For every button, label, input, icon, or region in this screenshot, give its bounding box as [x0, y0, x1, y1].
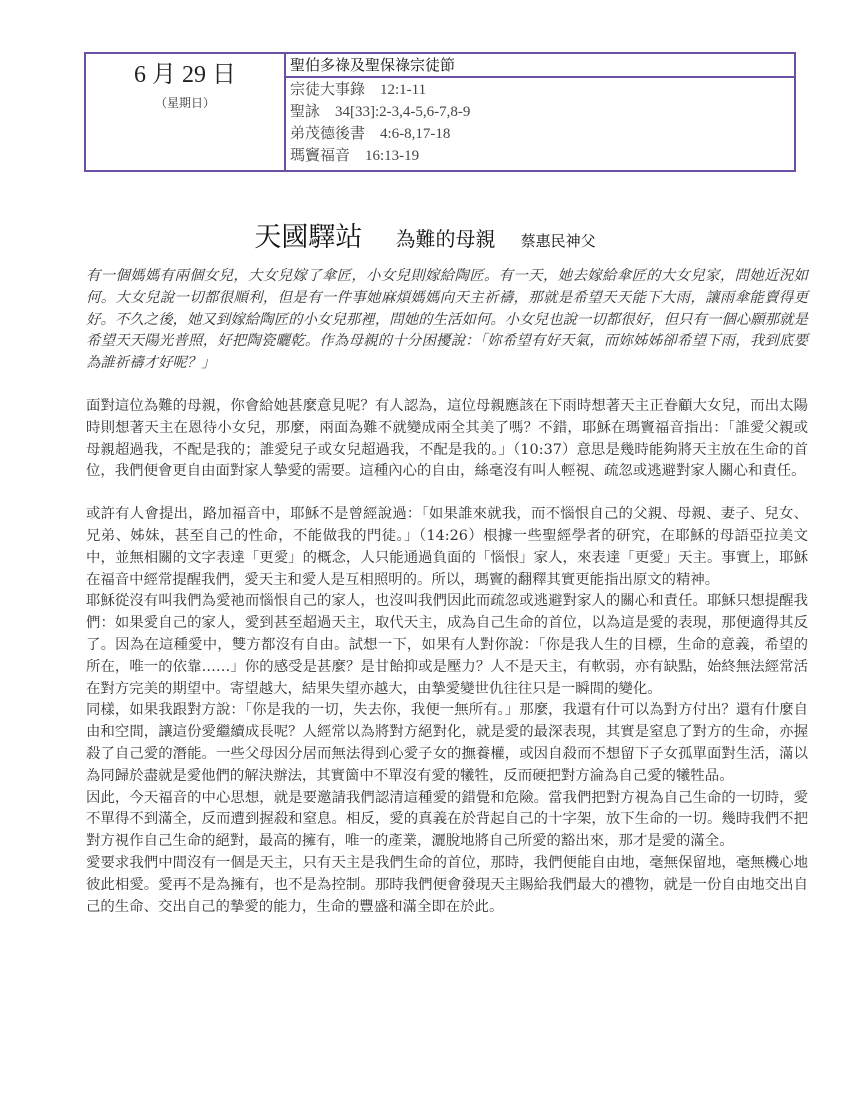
date-cell: 6 月 29 日 （星期日） [86, 54, 286, 170]
paragraph: 面對這位為難的母親，你會給她甚麼意見呢？有人認為，這位母親應該在下雨時想著天主正… [86, 396, 808, 483]
article-author: 蔡惠民神父 [521, 232, 596, 250]
reading-gospel: 瑪竇福音 16:13-19 [290, 145, 794, 167]
feast-name: 聖伯多祿及聖保祿宗徒節 [286, 54, 794, 78]
feast-cell: 聖伯多祿及聖保祿宗徒節 宗徒大事錄 12:1-11 聖詠 34[33]:2-3,… [286, 54, 794, 170]
reading-psalm: 聖詠 34[33]:2-3,4-5,6-7,8-9 [290, 101, 794, 123]
article-body: 有一個媽媽有兩個女兒，大女兒嫁了傘匠，小女兒則嫁給陶匠。有一天，她去嫁給傘匠的大… [86, 266, 808, 918]
paragraph: 耶穌從沒有叫我們為愛祂而惱恨自己的家人，也沒叫我們因此而疏忽或逃避對家人的關心和… [86, 591, 808, 700]
paragraph-intro-story: 有一個媽媽有兩個女兒，大女兒嫁了傘匠，小女兒則嫁給陶匠。有一天，她去嫁給傘匠的大… [86, 266, 808, 375]
weekday: （星期日） [86, 94, 284, 111]
paragraph: 同樣，如果我跟對方說：「你是我的一切，失去你，我便一無所有。」那麼，我還有什可以… [86, 700, 808, 787]
paragraph: 或許有人會提出，路加福音中，耶穌不是曾經說過：「如果誰來就我，而不惱恨自己的父親… [86, 504, 808, 591]
paragraph-conclusion: 愛要求我們中間沒有一個是天主，只有天主是我們生命的首位，那時，我們便能自由地，毫… [86, 853, 808, 918]
readings-list: 宗徒大事錄 12:1-11 聖詠 34[33]:2-3,4-5,6-7,8-9 … [286, 78, 794, 167]
article-title-row: 天國驛站 為難的母親 蔡惠民神父 [0, 215, 850, 254]
reading-first: 宗徒大事錄 12:1-11 [290, 79, 794, 101]
column-title: 天國驛站 [254, 222, 362, 253]
paragraph: 因此，今天福音的中心思想，就是要邀請我們認清這種愛的錯覺和危險。當我們把對方視為… [86, 788, 808, 853]
liturgy-header-table: 6 月 29 日 （星期日） 聖伯多祿及聖保祿宗徒節 宗徒大事錄 12:1-11… [84, 52, 796, 172]
reading-second: 弟茂德後書 4:6-8,17-18 [290, 123, 794, 145]
date: 6 月 29 日 [86, 60, 284, 90]
article-title: 為難的母親 [395, 227, 495, 251]
